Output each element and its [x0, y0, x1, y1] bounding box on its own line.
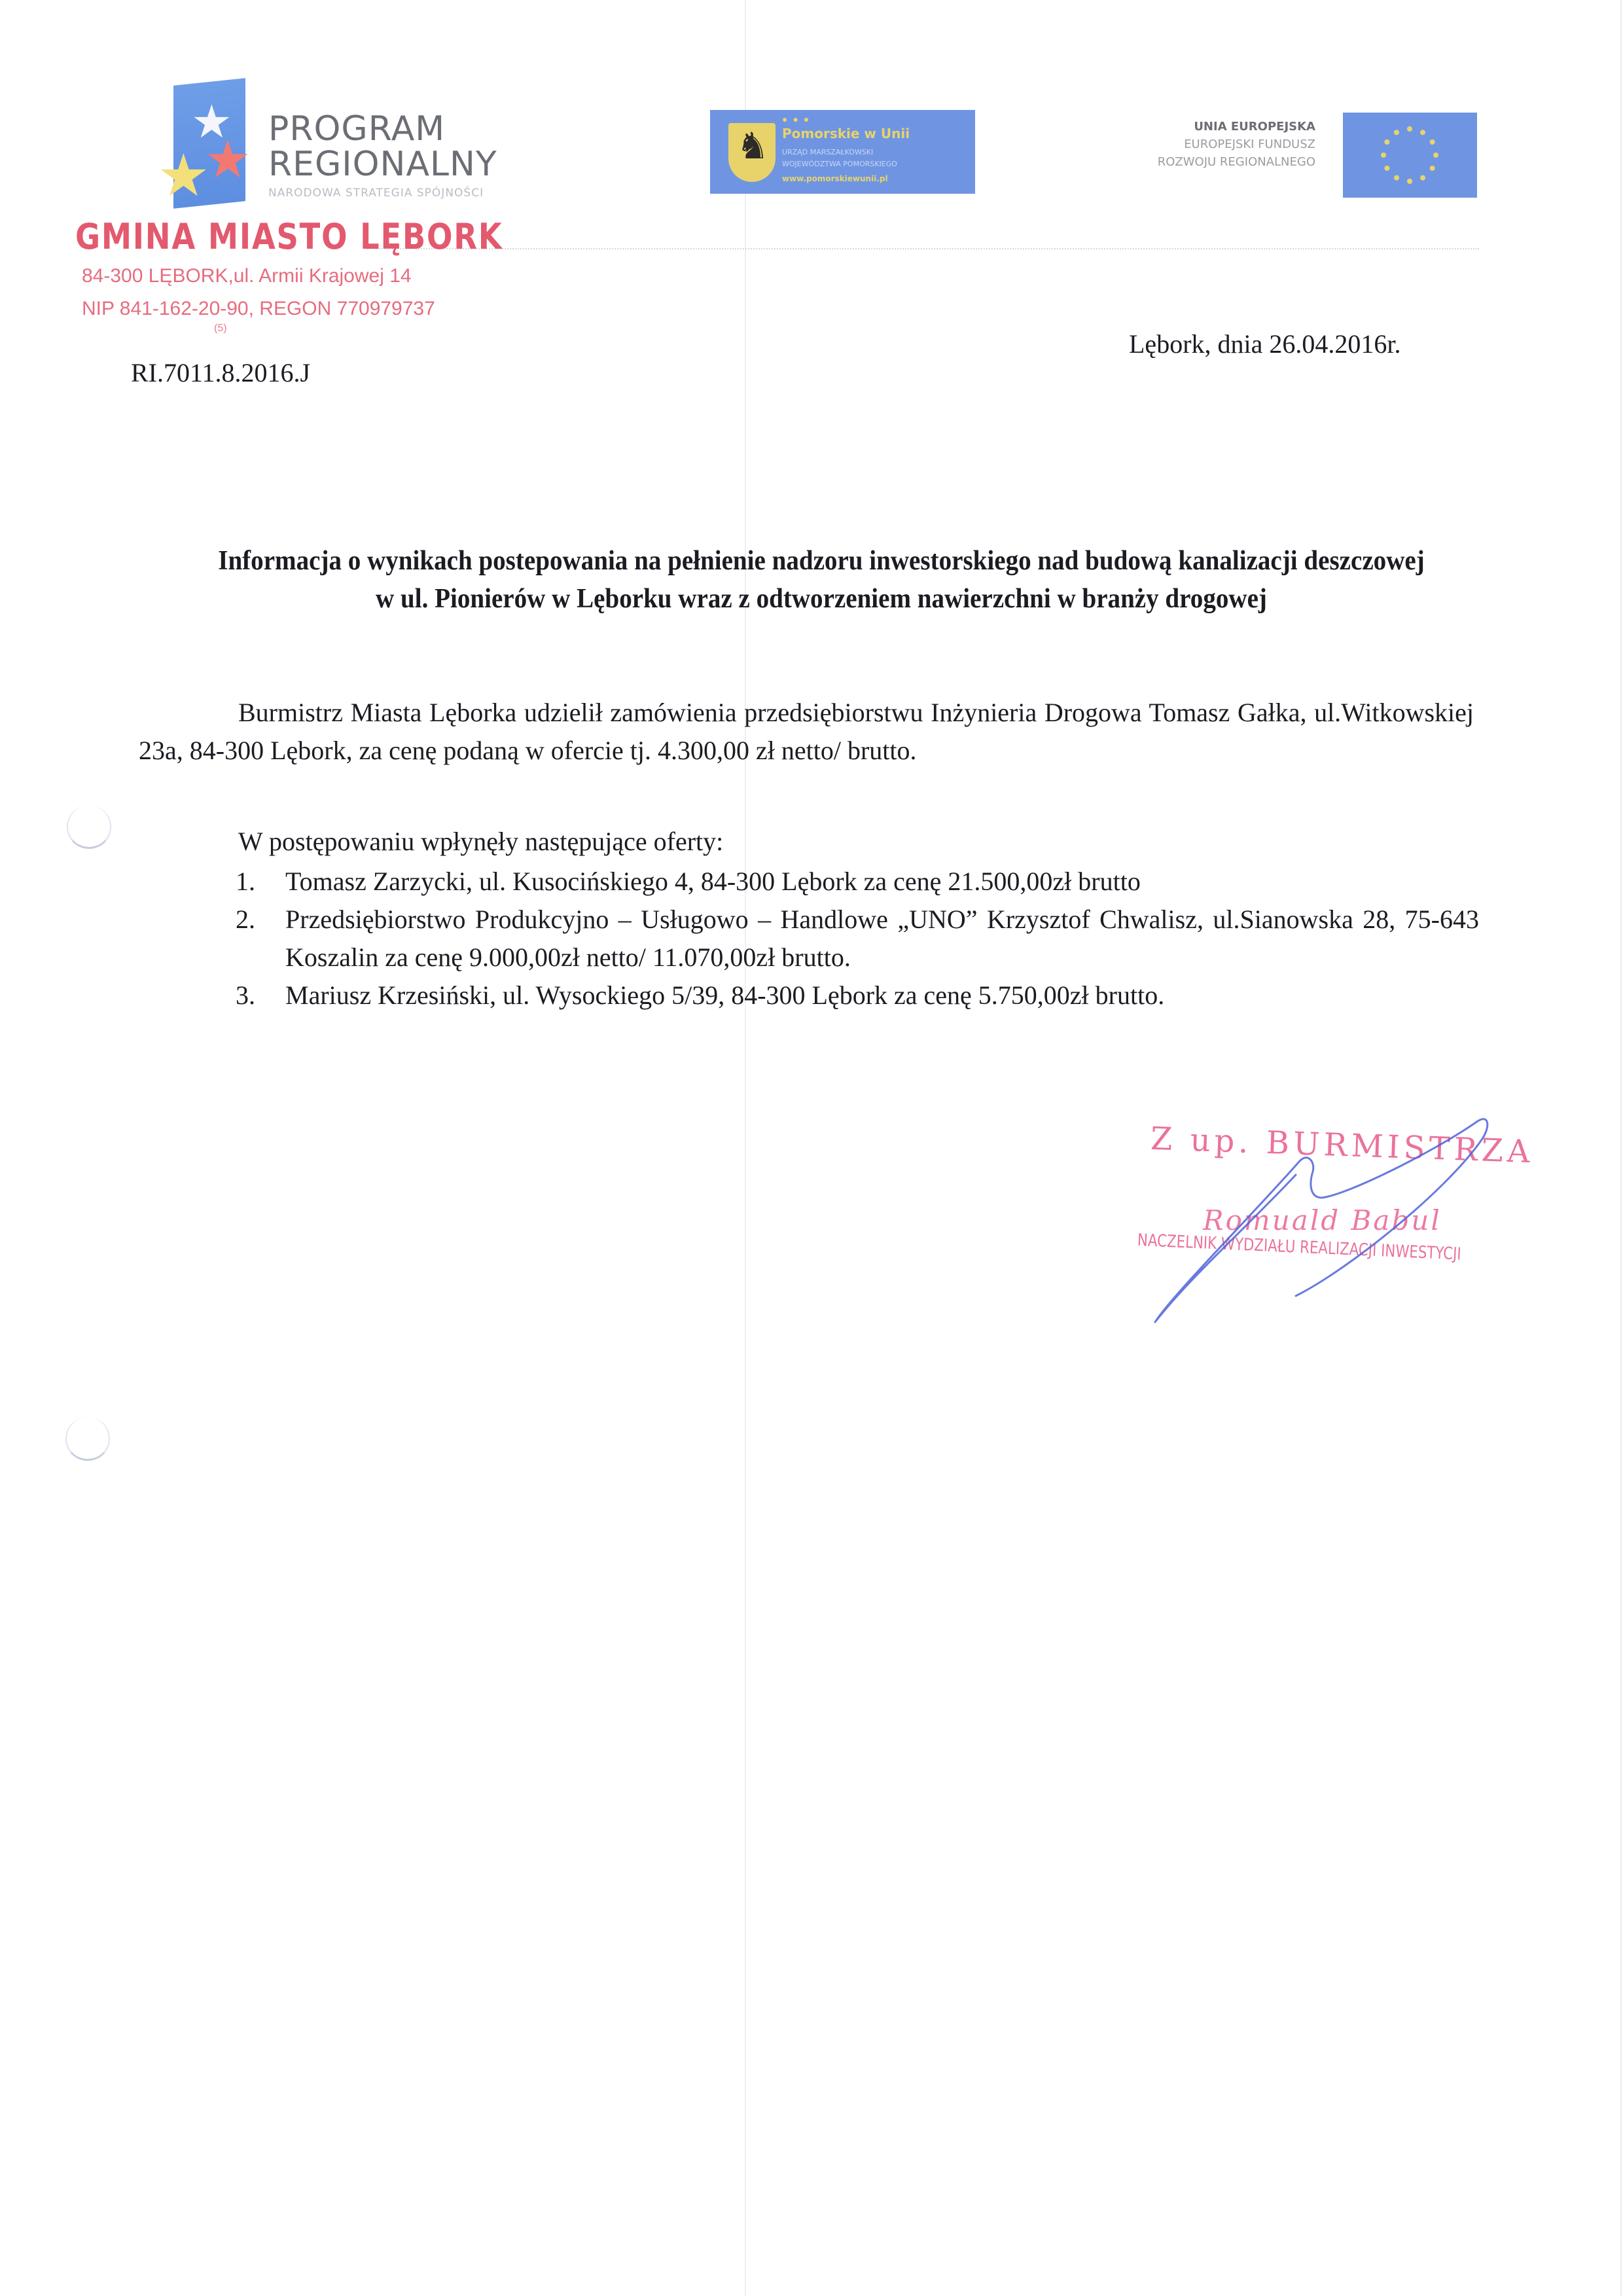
program-logo-line1: PROGRAM	[268, 111, 497, 147]
award-paragraph: Burmistrz Miasta Lęborka udzielił zamówi…	[139, 694, 1474, 770]
red-star-icon: ★	[204, 134, 251, 187]
pomorskie-logo-line2: WOJEWÓDZTWA POMORSKIEGO	[782, 160, 897, 168]
scan-fold-line	[745, 0, 746, 2296]
program-logo-title: PROGRAM REGIONALNY	[268, 111, 497, 182]
griffin-coat-of-arms-icon: ♞	[736, 128, 769, 165]
offer-number: 2.	[236, 901, 285, 977]
program-logo-subtitle: NARODOWA STRATEGIA SPÓJNOŚCI	[268, 187, 484, 200]
pomorskie-logo: ♞ ●●● Pomorskie w Unii URZĄD MARSZAŁKOWS…	[710, 110, 975, 194]
eu-logo-line3: ROZWOJU REGIONALNEGO	[1158, 153, 1315, 171]
dots-icon: ●●●	[782, 115, 814, 126]
list-item: 3. Mariusz Krzesiński, ul. Wysockiego 5/…	[236, 977, 1479, 1014]
list-item: 2. Przedsiębiorstwo Produkcyjno – Usługo…	[236, 901, 1479, 977]
pomorskie-logo-line1: URZĄD MARSZAŁKOWSKI	[782, 148, 873, 156]
offer-number: 3.	[236, 977, 285, 1014]
offer-text: Mariusz Krzesiński, ul. Wysockiego 5/39,…	[285, 977, 1479, 1014]
document-title: Informacja o wynikach postepowania na pe…	[209, 542, 1433, 618]
stamp-title: GMINA MIASTO LĘBORK	[75, 216, 503, 257]
reference-number: RI.7011.8.2016.J	[131, 357, 310, 388]
eu-logo-text: UNIA EUROPEJSKA EUROPEJSKI FUNDUSZ ROZWO…	[1158, 118, 1315, 171]
place-date: Lębork, dnia 26.04.2016r.	[1129, 329, 1401, 359]
eu-logo-line1: UNIA EUROPEJSKA	[1158, 118, 1315, 135]
program-regionalny-logo: ★ ★ ★ PROGRAM REGIONALNY NARODOWA STRATE…	[151, 82, 556, 213]
list-item: 1. Tomasz Zarzycki, ul. Kusocińskiego 4,…	[236, 863, 1479, 901]
yellow-star-icon: ★	[157, 147, 210, 206]
offers-list: 1. Tomasz Zarzycki, ul. Kusocińskiego 4,…	[236, 863, 1479, 1014]
offer-text: Przedsiębiorstwo Produkcyjno – Usługowo …	[285, 901, 1479, 977]
offer-text: Tomasz Zarzycki, ul. Kusocińskiego 4, 84…	[285, 863, 1479, 901]
stamp-address: 84-300 LĘBORK,ul. Armii Krajowej 14	[82, 265, 412, 287]
pomorskie-logo-url: www.pomorskiewunii.pl	[782, 174, 888, 183]
pomorskie-logo-name: Pomorskie w Unii	[782, 126, 910, 141]
punch-hole-icon	[67, 805, 111, 849]
offers-intro: W postępowaniu wpłynęły następujące ofer…	[238, 826, 723, 857]
handwritten-signature-icon	[1132, 1100, 1499, 1335]
offer-number: 1.	[236, 863, 285, 901]
stamp-nip-regon: NIP 841-162-20-90, REGON 770979737	[82, 298, 435, 320]
header-divider	[366, 248, 1479, 249]
punch-hole-icon	[65, 1417, 110, 1461]
coat-of-arms-shield: ♞	[728, 123, 776, 182]
scan-edge-line	[1620, 0, 1622, 2296]
eu-logo-line2: EUROPEJSKI FUNDUSZ	[1158, 135, 1315, 153]
program-logo-line2: REGIONALNY	[268, 147, 497, 182]
stamp-number: (5)	[214, 323, 227, 334]
eu-flag-icon	[1343, 113, 1477, 198]
